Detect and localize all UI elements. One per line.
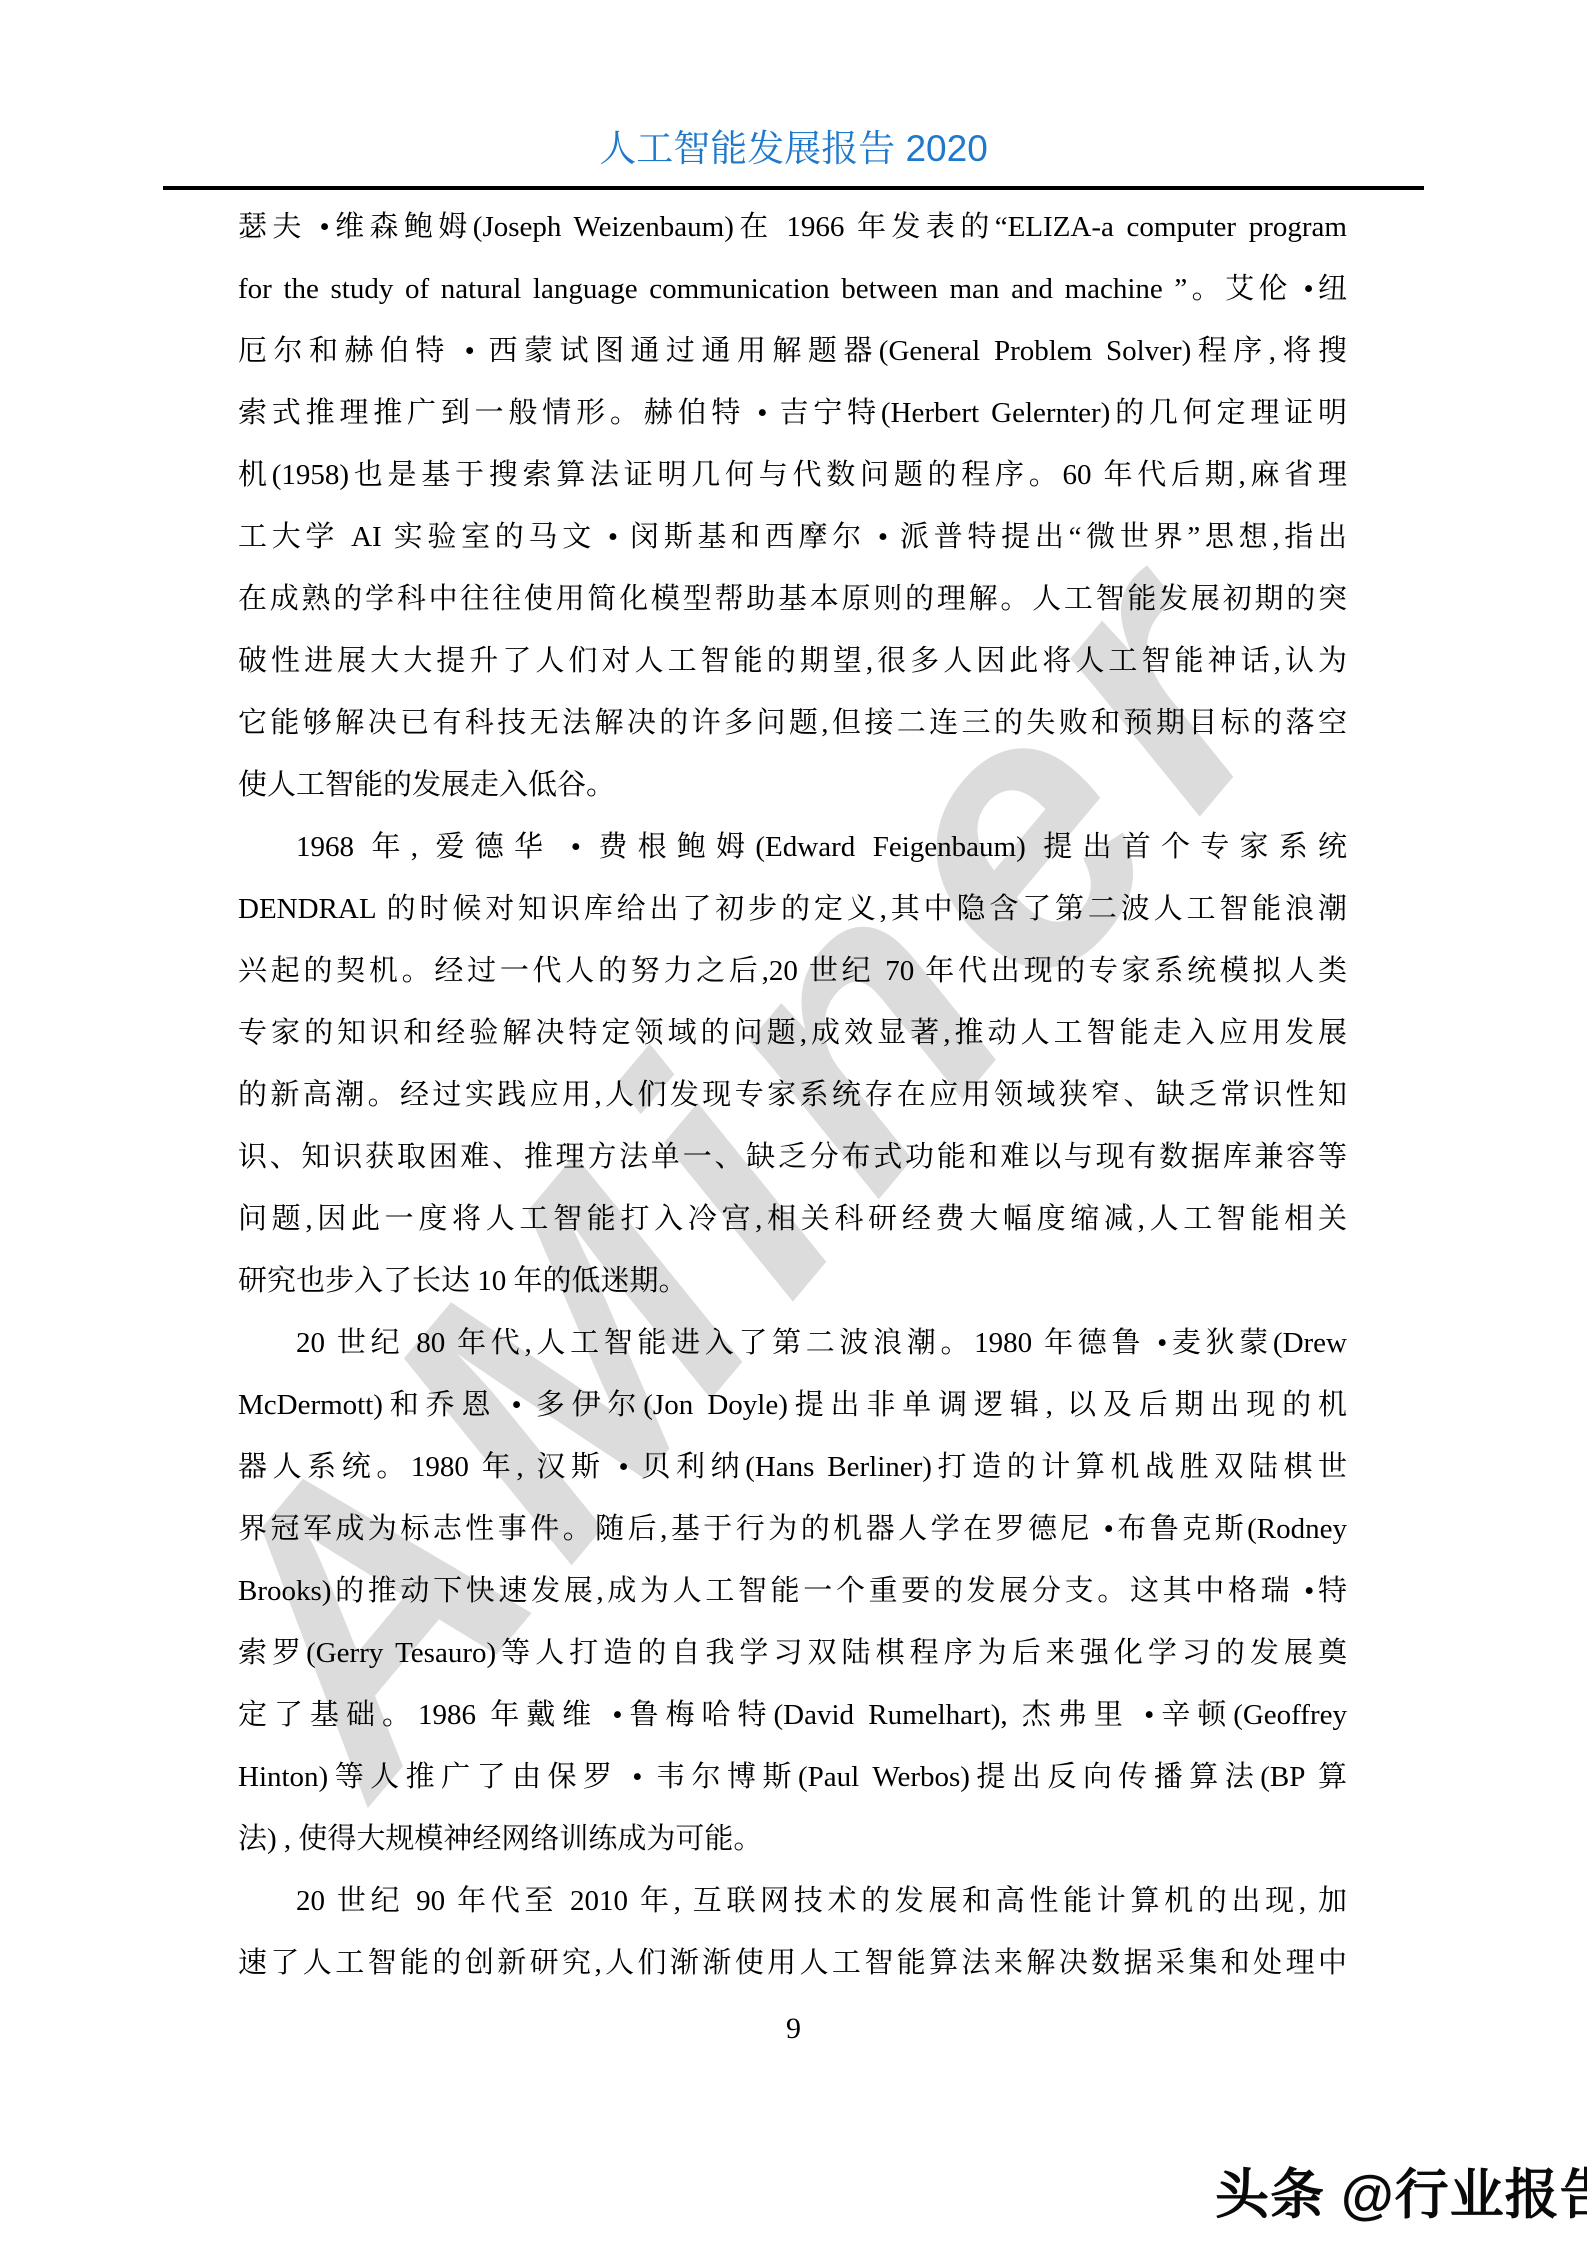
text-line: 界冠军成为标志性事件。随后,基于行为的机器人学在罗德尼 •布鲁克斯(Rodney <box>238 1498 1347 1560</box>
text-line: 瑟夫 •维森鲍姆(Joseph Weizenbaum)在 1966 年发表的“E… <box>238 196 1347 258</box>
text-line: 兴起的契机。经过一代人的努力之后,20 世纪 70 年代出现的专家系统模拟人类 <box>238 940 1347 1002</box>
text-line: Brooks)的推动下快速发展,成为人工智能一个重要的发展分支。这其中格瑞 •特 <box>238 1560 1347 1622</box>
text-line: DENDRAL 的时候对知识库给出了初步的定义,其中隐含了第二波人工智能浪潮 <box>238 878 1347 940</box>
text-line: for the study of natural language commun… <box>238 258 1347 320</box>
text-line: 20 世纪 80 年代,人工智能进入了第二波浪潮。1980 年德鲁 •麦狄蒙(D… <box>238 1312 1347 1374</box>
text-line: 它能够解决已有科技无法解决的许多问题,但接二连三的失败和预期目标的落空 <box>238 692 1347 754</box>
text-line: 索罗(Gerry Tesauro)等人打造的自我学习双陆棋程序为后来强化学习的发… <box>238 1622 1347 1684</box>
text-line: 破性进展大大提升了人们对人工智能的期望,很多人因此将人工智能神话,认为 <box>238 630 1347 692</box>
text-line: 使人工智能的发展走入低谷。 <box>238 754 1347 816</box>
text-line: 研究也步入了长达 10 年的低迷期。 <box>238 1250 1347 1312</box>
text-line: 20 世纪 90 年代至 2010 年, 互联网技术的发展和高性能计算机的出现,… <box>238 1870 1347 1932</box>
page-header-title: 人工智能发展报告 2020 <box>0 118 1587 172</box>
document-page: AMiner 人工智能发展报告 2020 瑟夫 •维森鲍姆(Joseph Wei… <box>0 0 1587 2245</box>
text-line: 器人系统。1980 年, 汉斯 • 贝利纳(Hans Berliner)打造的计… <box>238 1436 1347 1498</box>
footer-source-stamp: 头条 @行业报告库 <box>1215 2152 1587 2229</box>
text-line: 索式推理推广到一般情形。赫伯特 • 吉宁特(Herbert Gelernter)… <box>238 382 1347 444</box>
text-line: Hinton)等人推广了由保罗 • 韦尔博斯(Paul Werbos)提出反向传… <box>238 1746 1347 1808</box>
header-divider-rule <box>163 186 1424 190</box>
text-line: 识、知识获取困难、推理方法单一、缺乏分布式功能和难以与现有数据库兼容等 <box>238 1126 1347 1188</box>
text-line: 法) , 使得大规模神经网络训练成为可能。 <box>238 1808 1347 1870</box>
text-line: 的新高潮。经过实践应用,人们发现专家系统存在应用领域狭窄、缺乏常识性知 <box>238 1064 1347 1126</box>
text-line: 厄尔和赫伯特 • 西蒙试图通过通用解题器(General Problem Sol… <box>238 320 1347 382</box>
body-text: 瑟夫 •维森鲍姆(Joseph Weizenbaum)在 1966 年发表的“E… <box>238 196 1347 1994</box>
text-line: 机(1958)也是基于搜索算法证明几何与代数问题的程序。60 年代后期,麻省理 <box>238 444 1347 506</box>
text-line: 问题,因此一度将人工智能打入冷宫,相关科研经费大幅度缩减,人工智能相关 <box>238 1188 1347 1250</box>
page-number: 9 <box>0 2012 1587 2046</box>
text-line: McDermott)和乔恩 • 多伊尔(Jon Doyle)提出非单调逻辑, 以… <box>238 1374 1347 1436</box>
text-line: 定了基础。1986 年戴维 •鲁梅哈特(David Rumelhart), 杰弗… <box>238 1684 1347 1746</box>
text-line: 专家的知识和经验解决特定领域的问题,成效显著,推动人工智能走入应用发展 <box>238 1002 1347 1064</box>
text-line: 速了人工智能的创新研究,人们渐渐使用人工智能算法来解决数据采集和处理中 <box>238 1932 1347 1994</box>
text-line: 1968 年, 爱德华 • 费根鲍姆(Edward Feigenbaum) 提出… <box>238 816 1347 878</box>
text-line: 工大学 AI 实验室的马文 • 闵斯基和西摩尔 • 派普特提出“微世界”思想,指… <box>238 506 1347 568</box>
text-line: 在成熟的学科中往往使用简化模型帮助基本原则的理解。人工智能发展初期的突 <box>238 568 1347 630</box>
